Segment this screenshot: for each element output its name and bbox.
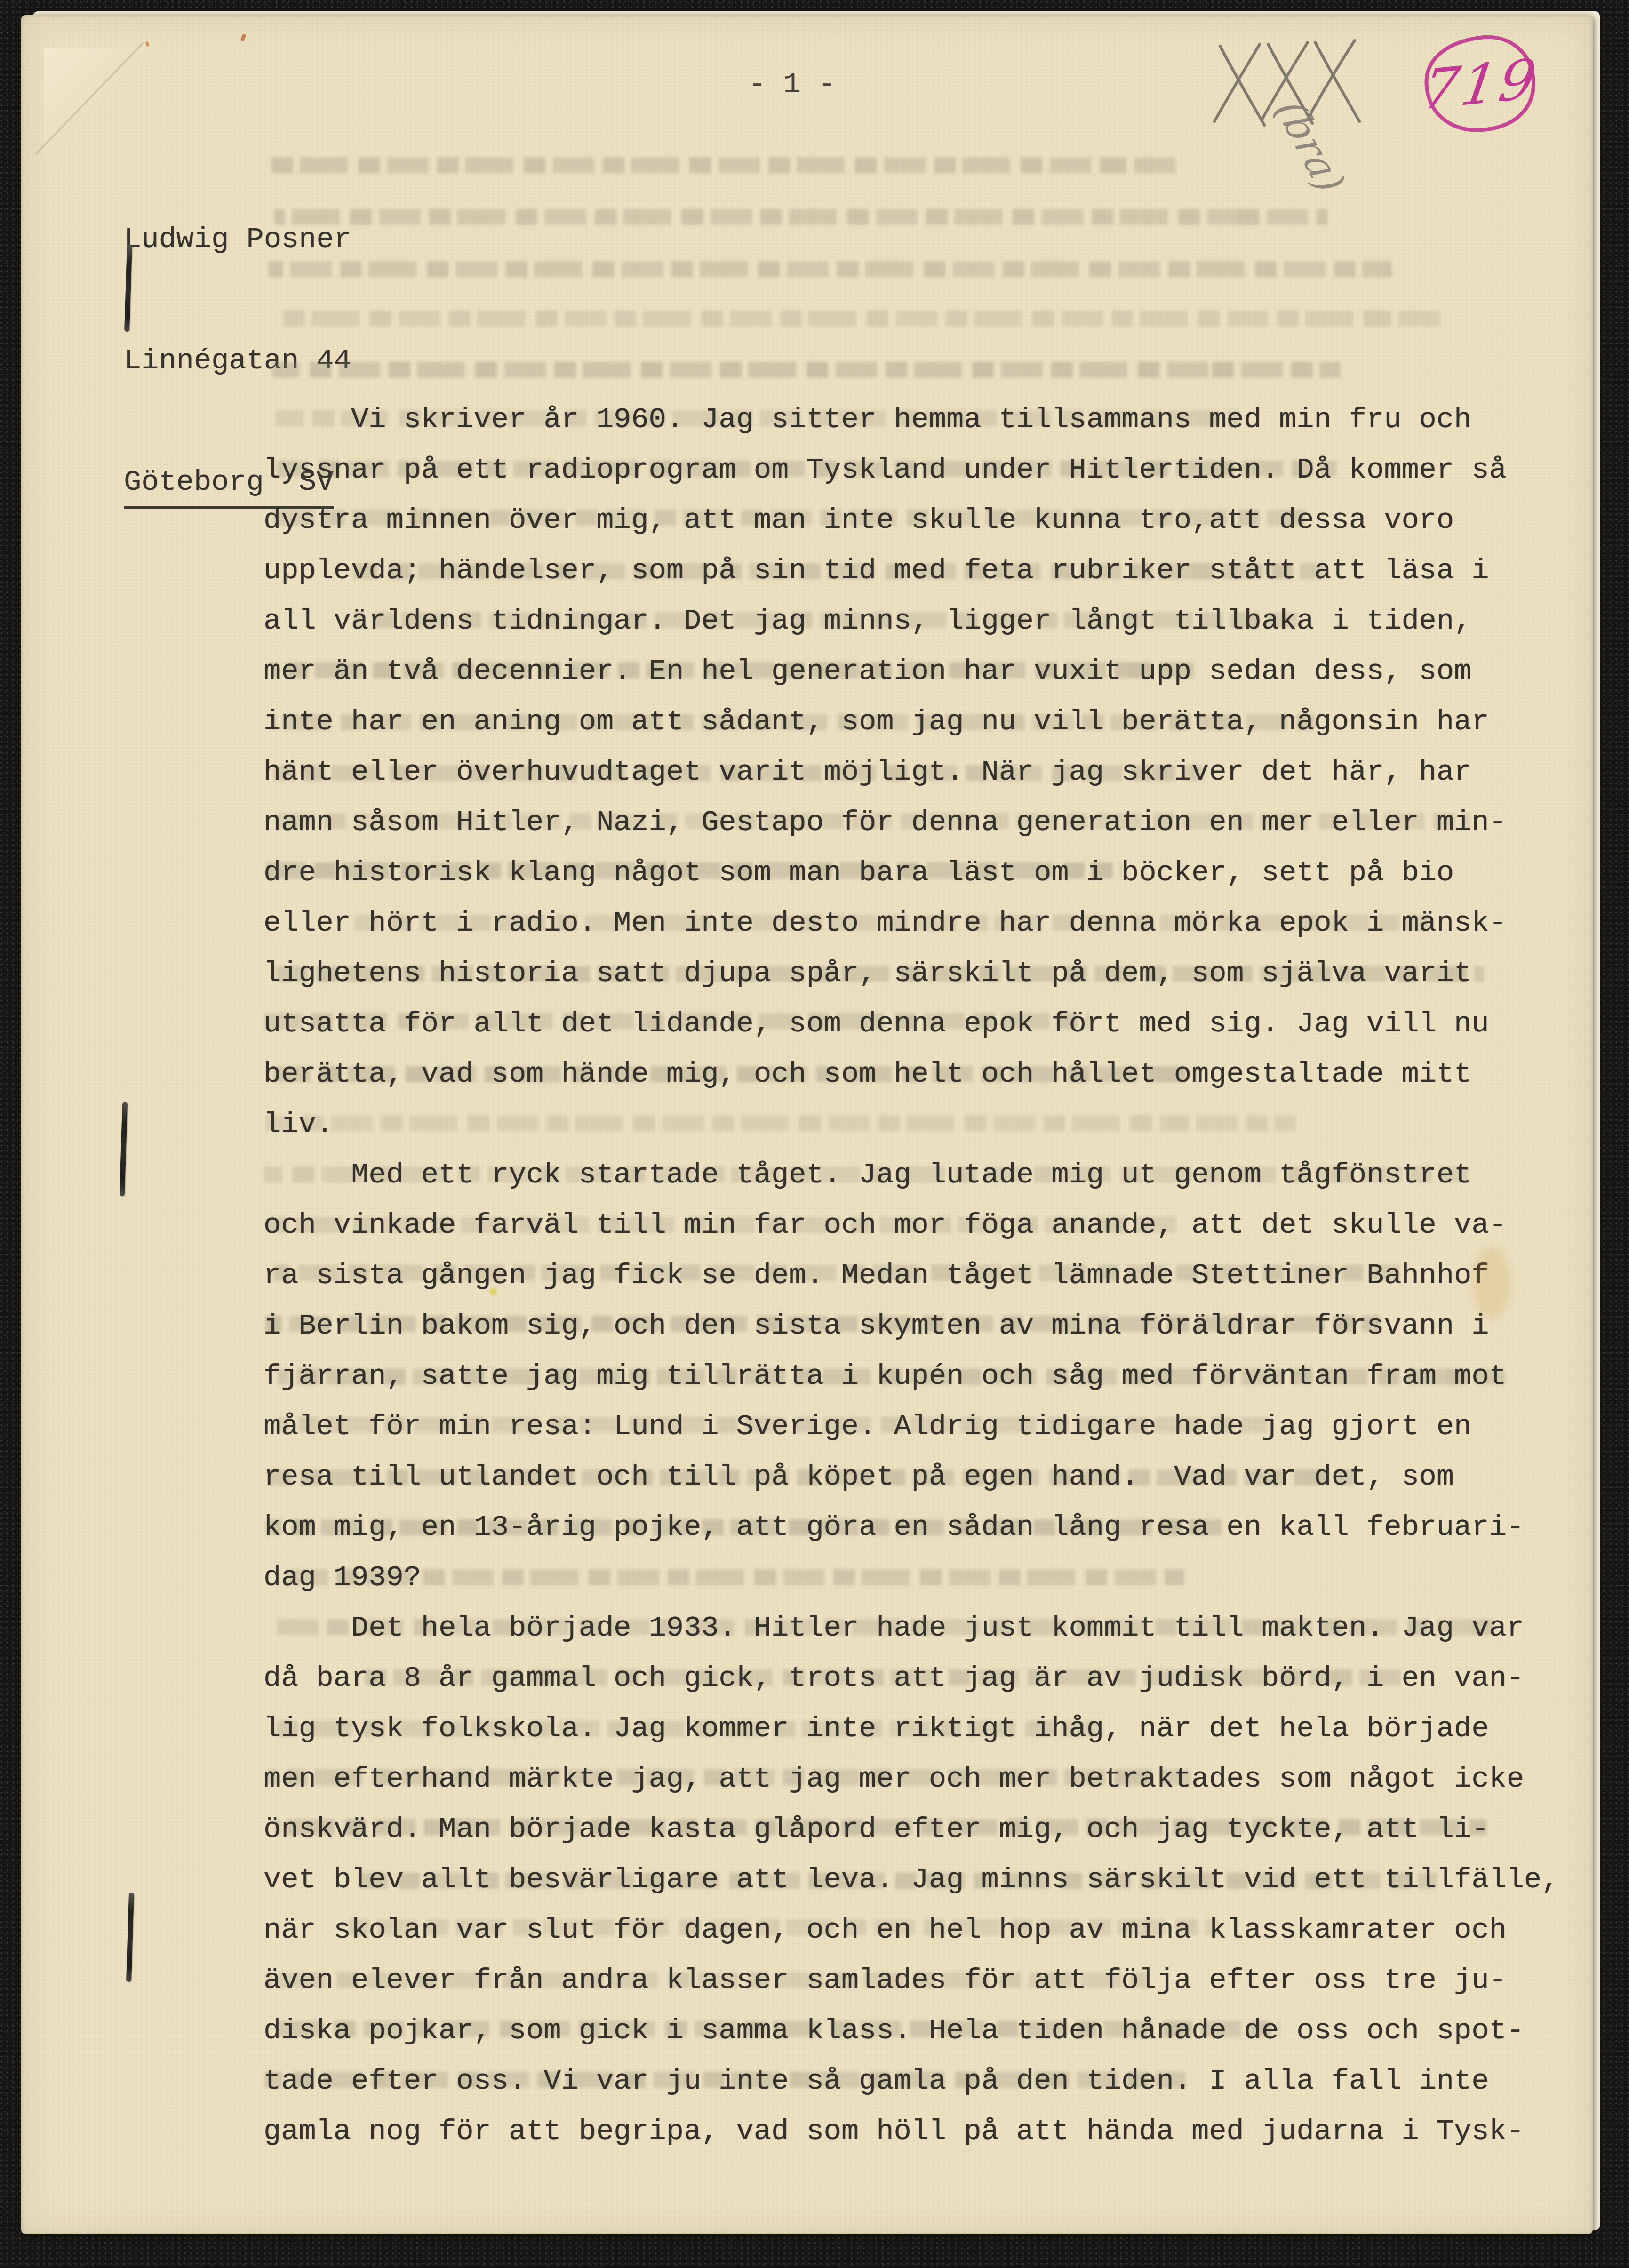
sender-name: Ludwig Posner — [124, 219, 351, 260]
text-line: men efterhand märkte jag, att jag mer oc… — [264, 1760, 1559, 1811]
text-line: mer än två decennier. En hel generation … — [264, 653, 1559, 703]
text-line: även elever från andra klasser samlades … — [264, 1962, 1559, 2012]
text-line: all världens tidningar. Det jag minns, l… — [264, 602, 1559, 653]
text-line: inte har en aning om att sådant, som jag… — [264, 703, 1559, 753]
text-line: dystra minnen över mig, att man inte sku… — [264, 502, 1559, 552]
text-line: Vi skriver år 1960. Jag sitter hemma til… — [264, 401, 1559, 451]
paper-stain — [1473, 1248, 1510, 1318]
text-line: berätta, vad som hände mig, och som helt… — [264, 1055, 1559, 1106]
text-line: önskvärd. Man började kasta glåpord efte… — [264, 1811, 1559, 1861]
text-line: lig tysk folkskola. Jag kommer inte rikt… — [264, 1710, 1559, 1760]
text-line: målet för min resa: Lund i Sverige. Aldr… — [264, 1408, 1559, 1458]
paper-speck — [145, 41, 150, 47]
paper-stain — [489, 1288, 497, 1295]
bleedthrough-line — [269, 261, 1392, 277]
document-page: - 1 - (bra) 719 Ludwig Posner Linnégatan… — [21, 15, 1593, 2234]
text-line: ra sista gången jag fick se dem. Medan t… — [264, 1257, 1559, 1307]
text-line: vet blev allt besvärligare att leva. Jag… — [264, 1861, 1559, 1911]
text-line: gamla nog för att begripa, vad som höll … — [264, 2113, 1559, 2163]
staple-mark — [126, 1893, 134, 1982]
bleedthrough-line — [272, 362, 1341, 378]
text-line: resa till utlandet och till på köpet på … — [264, 1458, 1559, 1509]
text-line: Det hela började 1933. Hitler hade just … — [264, 1609, 1559, 1660]
bleedthrough-line — [277, 311, 1442, 327]
text-line: namn såsom Hitler, Nazi, Gestapo för den… — [264, 804, 1559, 854]
text-line: eller hört i radio. Men inte desto mindr… — [264, 904, 1559, 955]
staple-mark — [120, 1102, 128, 1196]
text-line: kom mig, en 13-årig pojke, att göra en s… — [264, 1509, 1559, 1559]
text-line: dag 1939? — [264, 1559, 1559, 1609]
text-line: tade efter oss. Vi var ju inte så gamla … — [264, 2062, 1559, 2113]
text-line: liv. — [264, 1106, 1559, 1156]
text-line: utsatta för allt det lidande, som denna … — [264, 1005, 1559, 1055]
text-line: då bara 8 år gammal och gick, trots att … — [264, 1660, 1559, 1710]
bleedthrough-line — [274, 209, 1328, 225]
text-line: och vinkade farväl till min far och mor … — [264, 1206, 1559, 1257]
text-line: när skolan var slut för dagen, och en he… — [264, 1911, 1559, 1962]
catalog-number-stamp: 719 — [1421, 32, 1540, 135]
text-line: Med ett ryck startade tåget. Jag lutade … — [264, 1156, 1559, 1206]
scan-background: { "doc": { "page_number": "- 1 -", "anno… — [0, 0, 1629, 2268]
paper-speck — [240, 33, 247, 42]
text-line: i Berlin bakom sig, och den sista skymte… — [264, 1307, 1559, 1358]
text-line: fjärran, satte jag mig tillrätta i kupén… — [264, 1358, 1559, 1408]
page-number: - 1 - — [748, 68, 836, 101]
text-line: diska pojkar, som gick i samma klass. He… — [264, 2012, 1559, 2062]
catalog-number: 719 — [1415, 46, 1546, 123]
text-line: lyssnar på ett radioprogram om Tyskland … — [264, 451, 1559, 502]
text-line: dre historisk klang något som man bara l… — [264, 854, 1559, 904]
text-line: upplevda; händelser, som på sin tid med … — [264, 552, 1559, 602]
bleedthrough-line — [268, 157, 1180, 173]
typewritten-text: Vi skriver år 1960. Jag sitter hemma til… — [264, 401, 1559, 2163]
text-line: hänt eller överhuvudtaget varit möjligt.… — [264, 753, 1559, 804]
text-line: lighetens historia satt djupa spår, särs… — [264, 955, 1559, 1005]
